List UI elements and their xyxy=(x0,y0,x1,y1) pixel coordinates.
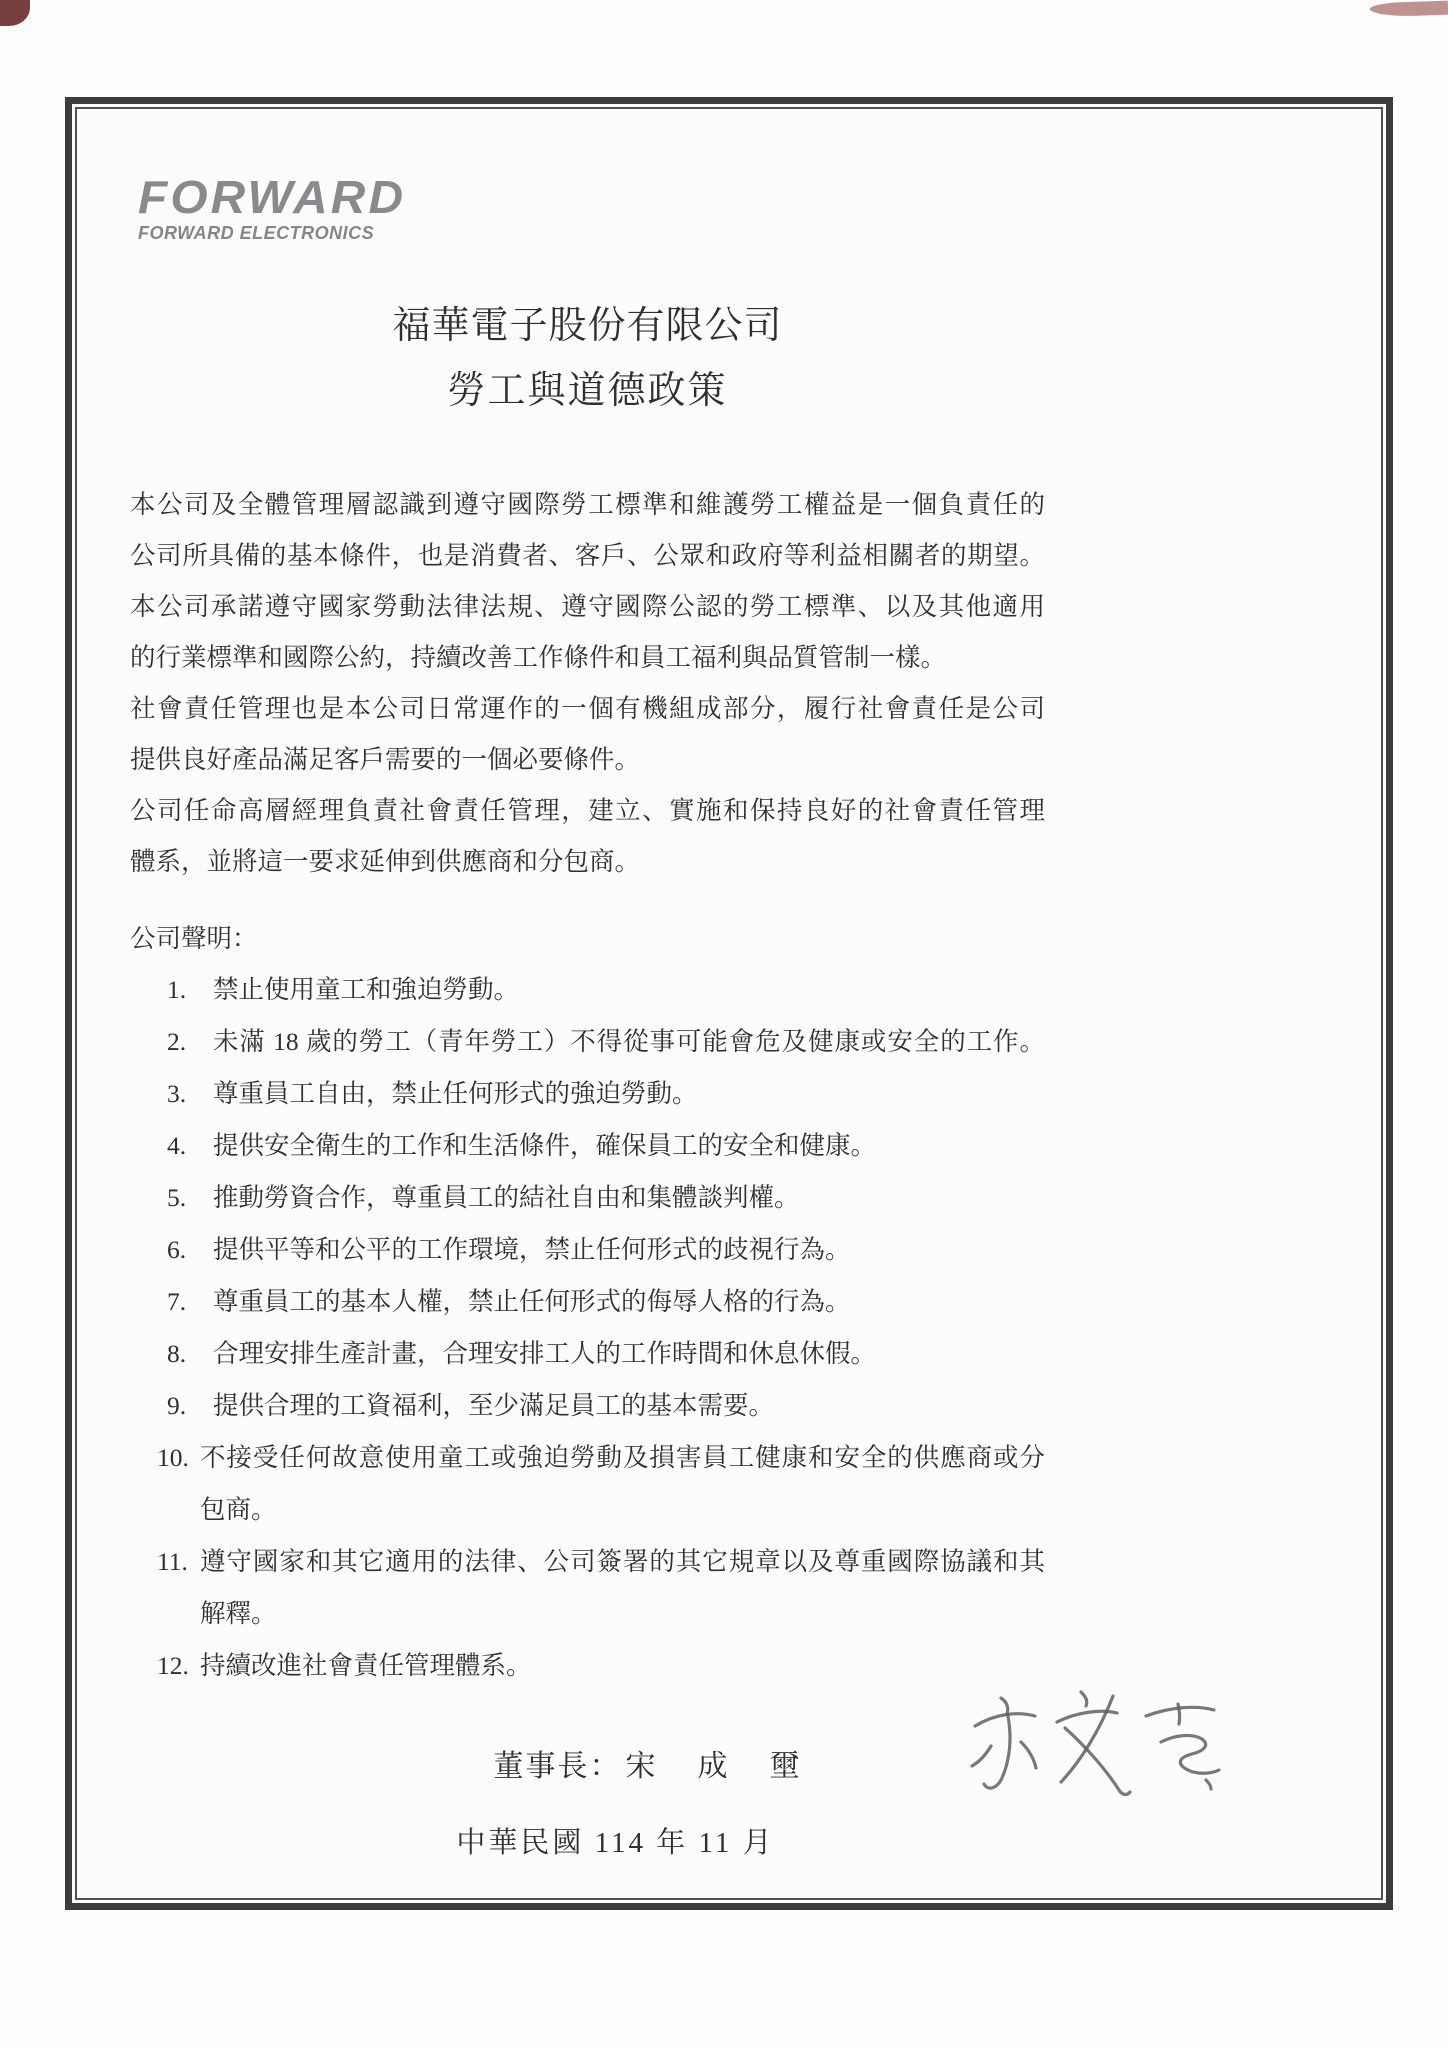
chairman-signature-line: 董事長：宋 成 壐 xyxy=(494,1750,806,1783)
item-text-line: 不接受任何故意使用童工或強迫勞動及損害員工健康和安全的供應商或分 xyxy=(200,1432,1045,1484)
statement-list: 1. 禁止使用童工和強迫勞動。 2. 未滿 18 歲的勞工（青年勞工）不得從事可… xyxy=(130,964,1045,1692)
item-text-line: 解釋。 xyxy=(200,1588,1045,1640)
body-line: 的行業標準和國際公約，持續改善工作條件和員工福利與品質管制一樣。 xyxy=(130,632,1045,683)
policy-title: 勞工與道德政策 xyxy=(130,367,1045,415)
item-number: 1. xyxy=(167,964,213,1016)
statement-item: 2. 未滿 18 歲的勞工（青年勞工）不得從事可能會危及健康或安全的工作。 xyxy=(130,1016,1045,1068)
item-text: 持續改進社會責任管理體系。 xyxy=(200,1640,1045,1692)
document-content: FORWARD FORWARD ELECTRONICS 福華電子股份有限公司 勞… xyxy=(130,113,1045,1872)
date-line: 中華民國 114 年 11 月 xyxy=(158,1814,1073,1872)
statement-item: 5. 推動勞資合作，尊重員工的結社自由和集體談判權。 xyxy=(130,1172,1045,1224)
statement-item: 8. 合理安排生產計畫，合理安排工人的工作時間和休息休假。 xyxy=(130,1328,1045,1380)
title-block: 福華電子股份有限公司 勞工與道德政策 xyxy=(130,302,1045,415)
item-number: 7. xyxy=(167,1276,213,1328)
company-logo: FORWARD FORWARD ELECTRONICS xyxy=(138,175,1045,244)
item-text: 尊重員工的基本人權，禁止任何形式的侮辱人格的行為。 xyxy=(213,1276,1045,1328)
body-line: 本公司承諾遵守國家勞動法律法規、遵守國際公認的勞工標準、以及其他適用 xyxy=(130,581,1045,632)
statement-item: 3. 尊重員工自由，禁止任何形式的強迫勞動。 xyxy=(130,1068,1045,1120)
statement-heading: 公司聲明： xyxy=(130,913,1045,964)
body-line: 公司任命高層經理負責社會責任管理，建立、實施和保持良好的社會責任管理 xyxy=(130,785,1045,836)
logo-wordmark: FORWARD xyxy=(138,175,1081,219)
item-text: 合理安排生產計畫，合理安排工人的工作時間和休息休假。 xyxy=(213,1328,1045,1380)
signature-row: 董事長：宋 成 壐 xyxy=(130,1736,1045,1798)
statement-item: 6. 提供平等和公平的工作環境，禁止任何形式的歧視行為。 xyxy=(130,1224,1045,1276)
decorative-border-frame: FORWARD FORWARD ELECTRONICS 福華電子股份有限公司 勞… xyxy=(65,97,1393,1910)
statement-item: 1. 禁止使用童工和強迫勞動。 xyxy=(130,964,1045,1016)
item-number: 4. xyxy=(167,1120,213,1172)
statement-item: 9. 提供合理的工資福利，至少滿足員工的基本需要。 xyxy=(130,1380,1045,1432)
item-number: 6. xyxy=(167,1224,213,1276)
item-number: 11. xyxy=(157,1536,200,1640)
item-text: 推動勞資合作，尊重員工的結社自由和集體談判權。 xyxy=(213,1172,1045,1224)
body-line: 體系，並將這一要求延伸到供應商和分包商。 xyxy=(130,836,1045,887)
item-text-line: 遵守國家和其它適用的法律、公司簽署的其它規章以及尊重國際協議和其 xyxy=(200,1536,1045,1588)
handwritten-signature xyxy=(963,1668,1229,1804)
item-text: 不接受任何故意使用童工或強迫勞動及損害員工健康和安全的供應商或分 包商。 xyxy=(200,1432,1045,1536)
statement-item: 4. 提供安全衛生的工作和生活條件，確保員工的安全和健康。 xyxy=(130,1120,1045,1172)
document-page: FORWARD FORWARD ELECTRONICS 福華電子股份有限公司 勞… xyxy=(0,0,1448,2048)
company-name-title: 福華電子股份有限公司 xyxy=(130,302,1045,350)
item-number: 10. xyxy=(157,1432,200,1536)
policy-body: 本公司及全體管理層認識到遵守國際勞工標準和維護勞工權益是一個負責任的 公司所具備… xyxy=(130,479,1045,887)
item-number: 12. xyxy=(157,1640,200,1692)
chairman-label: 董事長： xyxy=(494,1750,622,1783)
item-text: 提供合理的工資福利，至少滿足員工的基本需要。 xyxy=(213,1380,1045,1432)
logo-subtitle: FORWARD ELECTRONICS xyxy=(138,222,1045,244)
statement-item: 10. 不接受任何故意使用童工或強迫勞動及損害員工健康和安全的供應商或分 包商。 xyxy=(130,1432,1045,1536)
scan-artifact-top-left xyxy=(0,0,30,26)
body-line: 公司所具備的基本條件，也是消費者、客戶、公眾和政府等利益相關者的期望。 xyxy=(130,530,1045,581)
item-number: 2. xyxy=(167,1016,213,1068)
body-line: 社會責任管理也是本公司日常運作的一個有機組成部分，履行社會責任是公司 xyxy=(130,683,1045,734)
item-number: 9. xyxy=(167,1380,213,1432)
item-text-line: 包商。 xyxy=(200,1484,1045,1536)
body-line: 提供良好產品滿足客戶需要的一個必要條件。 xyxy=(130,734,1045,785)
body-line: 本公司及全體管理層認識到遵守國際勞工標準和維護勞工權益是一個負責任的 xyxy=(130,479,1045,530)
statement-item: 7. 尊重員工的基本人權，禁止任何形式的侮辱人格的行為。 xyxy=(130,1276,1045,1328)
item-number: 8. xyxy=(167,1328,213,1380)
statement-item: 12. 持續改進社會責任管理體系。 xyxy=(130,1640,1045,1692)
item-text: 禁止使用童工和強迫勞動。 xyxy=(213,964,1045,1016)
chairman-name: 宋 成 壐 xyxy=(626,1750,806,1783)
item-text: 提供安全衛生的工作和生活條件，確保員工的安全和健康。 xyxy=(213,1120,1045,1172)
item-number: 3. xyxy=(167,1068,213,1120)
scan-artifact-top-right xyxy=(1370,1,1448,18)
item-text: 遵守國家和其它適用的法律、公司簽署的其它規章以及尊重國際協議和其 解釋。 xyxy=(200,1536,1045,1640)
item-text: 尊重員工自由，禁止任何形式的強迫勞動。 xyxy=(213,1068,1045,1120)
statement-item: 11. 遵守國家和其它適用的法律、公司簽署的其它規章以及尊重國際協議和其 解釋。 xyxy=(130,1536,1045,1640)
item-text: 未滿 18 歲的勞工（青年勞工）不得從事可能會危及健康或安全的工作。 xyxy=(213,1016,1045,1068)
item-number: 5. xyxy=(167,1172,213,1224)
item-text: 提供平等和公平的工作環境，禁止任何形式的歧視行為。 xyxy=(213,1224,1045,1276)
